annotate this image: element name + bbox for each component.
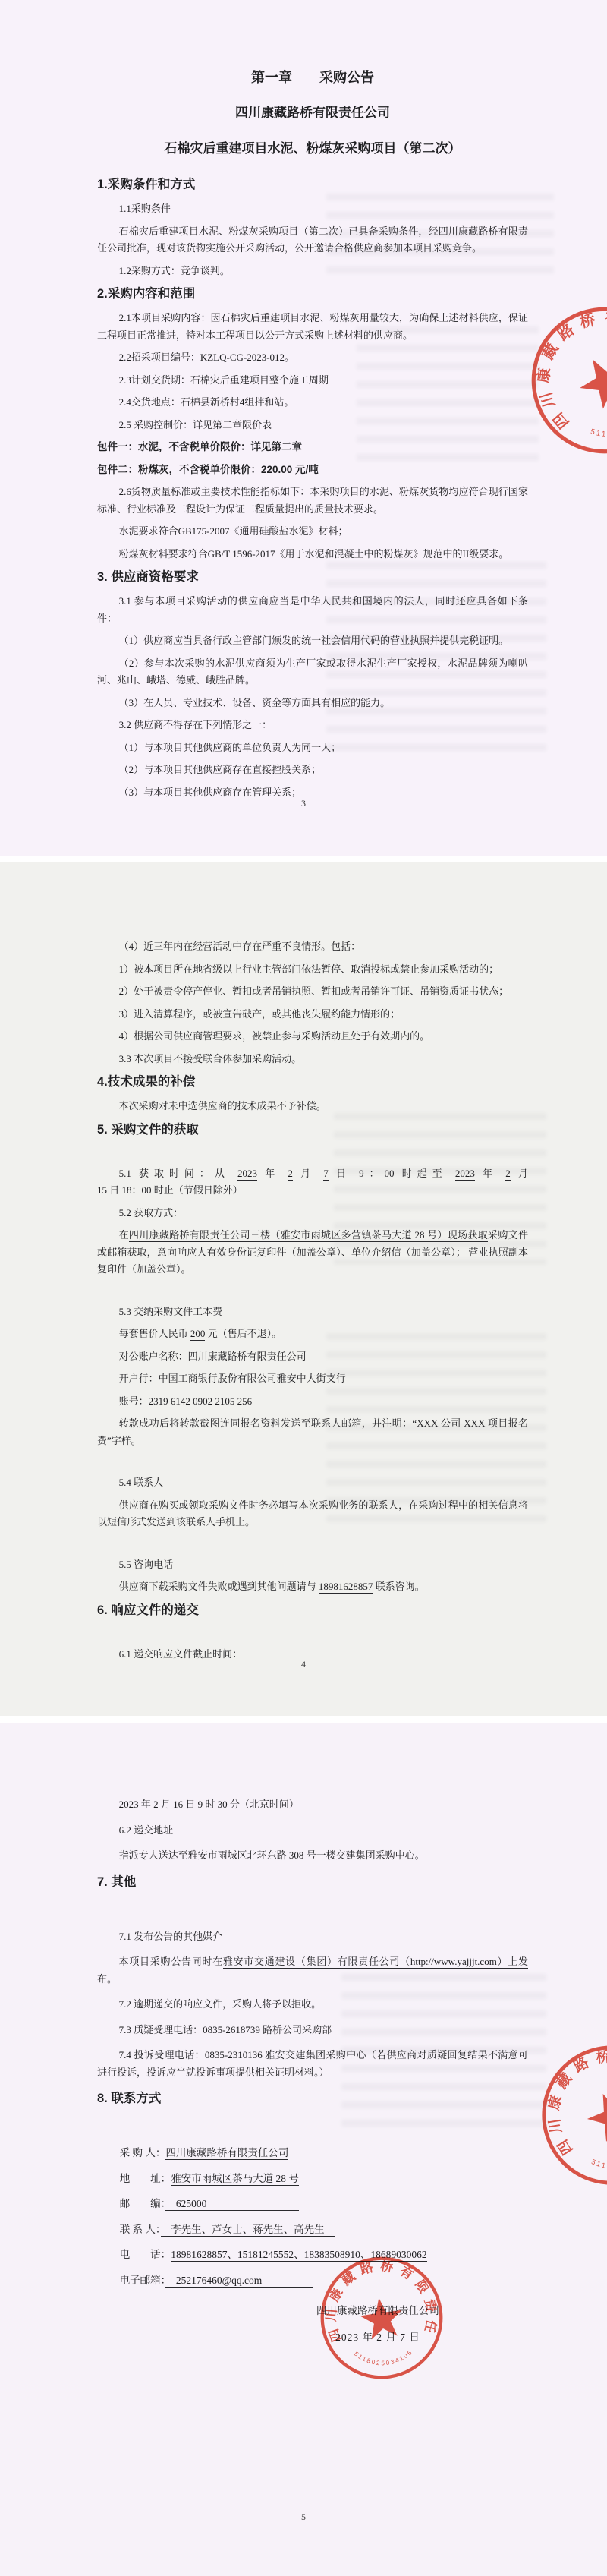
text-run: 5.1 获取时间：从 (119, 1168, 237, 1179)
text-run: 6.1 递交响应文件截止时间： (119, 1648, 243, 1660)
underlined-value: 四川康藏路桥有限责任公司三楼（雅安市雨城区多营镇茶马大道 28 号）现场获取 (129, 1229, 488, 1242)
line-pi: 1.2采购方式：竞争谈判。 (97, 263, 528, 280)
text-run: 月 (159, 1799, 174, 1810)
text-run: 邮 编： (120, 2198, 166, 2209)
signature-date: 2023 年 2 月 7 日 (290, 2328, 466, 2344)
page-2-body: （4）近三年内在经营活动中存在严重不良情形。包括：1）被本项目所在地省级以上行业… (0, 862, 607, 1663)
heading-1: 1.采购条件和方式 (97, 175, 528, 194)
line-spacer (97, 1146, 528, 1165)
seal-number-text: 5118025034105 (352, 2342, 416, 2371)
underlined-value: 四川康藏路桥有限责任公司 (165, 2147, 288, 2160)
line-pi: 2.5 采购控制价：详见第二章限价表 (97, 417, 528, 434)
text-run: 时 (203, 1799, 218, 1810)
text-run: 7.4 投诉受理电话：0835-2310136 雅安交建集团采购中心（若供应商对… (97, 2049, 528, 2078)
text-run: （3）在人员、专业技术、设备、资金等方面具有相应的能力。 (119, 697, 391, 708)
text-run: 石棉灾后重建项目水泥、粉煤灰采购项目（第二次） (165, 141, 461, 156)
bank-line: 开户行：中国工商银行股份有限公司雅安中大街支行 (97, 1370, 528, 1388)
text-run: 分（北京时间） (228, 1799, 299, 1810)
text-run: 3.1 参与本项目采购活动的供应商应当是中华人民共和国境内的法人，同时还应具备如… (97, 595, 528, 624)
underlined-value: 2023 (119, 1799, 139, 1811)
text-run: 5.2 获取方式： (119, 1207, 184, 1219)
obtain-method-paragraph: 在四川康藏路桥有限责任公司三楼（雅安市雨城区多营镇茶马大道 28 号）现场获取采… (97, 1227, 528, 1279)
text-run: 电子邮箱： (120, 2275, 166, 2286)
text-run: 1.采购条件和方式 (97, 178, 195, 191)
underlined-value: 18981628857 (319, 1581, 373, 1594)
text-run: 日 (183, 1799, 198, 1810)
text-run: 粉煤灰材料要求符合GB/T 1596-2017《用于水泥和混凝土中的粉煤灰》规范… (119, 548, 509, 560)
line-pi: 6.2 递交地址 (97, 1822, 528, 1840)
text-run: （1）与本项目其他供应商的单位负责人为同一人； (119, 742, 341, 753)
line-spacer (97, 1900, 528, 1920)
underlined-value: 30 (218, 1799, 228, 1811)
text-run: 本次采购对未中选供应商的技术成果不予补偿。 (119, 1100, 326, 1111)
email-line: 电子邮箱： 252176460@qq.com (97, 2272, 528, 2290)
page-number: 5 (0, 2511, 607, 2523)
line-pi: 4）根据公司供应商管理要求，被禁止参与采购活动且处于有效期内的。 (97, 1028, 528, 1045)
text-run: 2.3计划交货期：石棉灾后重建项目整个施工周期 (119, 374, 329, 386)
text-run: 联系咨询。 (373, 1581, 424, 1592)
text-run: 包件一：水泥，不含税单价限价：详见第二章 (97, 441, 302, 452)
line-pi: （1）与本项目其他供应商的单位负责人为同一人； (97, 739, 528, 757)
phone-line: 电 话：18981628857、15181245552、18383508910、… (97, 2247, 528, 2264)
text-run: 6.2 递交地址 (119, 1824, 174, 1836)
text-run: 元（售后不退）。 (205, 1328, 281, 1339)
line-p: 2.6货物质量标准或主要技术性能指标如下：本采购项目的水泥、粉煤灰货物均应符合现… (97, 484, 528, 518)
text-run: （2）与本项目其他供应商存在直接控股关系； (119, 764, 322, 775)
doc-chapter-title: 第一章 采购公告 (97, 68, 528, 87)
underlined-value: 雅安市雨城区茶马大道 28 号 (171, 2173, 299, 2186)
text-run: 本项目采购公告同时在 (119, 1956, 223, 1967)
page-2: （4）近三年内在经营活动中存在严重不良情形。包括：1）被本项目所在地省级以上行业… (0, 862, 607, 1716)
contacts-line: 联 系 人： 李先生、芦女士、蒋先生、高先生 (97, 2221, 528, 2239)
underlined-value: 2023 (237, 1168, 257, 1181)
text-run: 7.2 逾期递交的响应文件，采购人将予以拒收。 (119, 1998, 322, 2010)
delivery-address-line: 指派专人送达至雅安市雨城区北环东路 308 号一楼交建集团采购中心。 (97, 1847, 528, 1865)
complaint-phone-paragraph: 7.4 投诉受理电话：0835-2310136 雅安交建集团采购中心（若供应商对… (97, 2047, 528, 2081)
underlined-value: 625000 (165, 2198, 299, 2211)
line-pi: （3）在人员、专业技术、设备、资金等方面具有相应的能力。 (97, 695, 528, 712)
text-run: 5. 采购文件的获取 (97, 1123, 199, 1137)
heading-6: 6. 响应文件的递交 (97, 1601, 528, 1620)
line-pi: 本次采购对未中选供应商的技术成果不予补偿。 (97, 1098, 528, 1115)
line-p: 供应商在购买或领取采购文件时务必填写本次采购业务的联系人，在采购过程中的相关信息… (97, 1497, 528, 1531)
text-run: 3）进入清算程序，或被宣告破产，或其他丧失履约能力情形的； (119, 1008, 401, 1020)
text-run: 供应商在购买或领取采购文件时务必填写本次采购业务的联系人，在采购过程中的相关信息… (97, 1499, 528, 1528)
text-run: 月 (293, 1168, 323, 1179)
text-run: 2.5 采购控制价：详见第二章限价表 (119, 419, 272, 430)
document-fee-line: 每套售价人民币 200 元（售后不退）。 (97, 1326, 528, 1343)
text-run: 3. 供应商资格要求 (97, 570, 199, 584)
page-3-body: 2023 年 2 月 16 日 9 时 30 分（北京时间）6.2 递交地址指派… (0, 1723, 607, 2289)
text-run: 2.4交货地点：石棉县新桥村4组拌和站。 (119, 396, 294, 408)
text-run: 2.6货物质量标准或主要技术性能指标如下：本采购项目的水泥、粉煤灰货物均应符合现… (97, 486, 528, 515)
text-run: 4）根据公司供应商管理要求，被禁止参与采购活动且处于有效期内的。 (119, 1030, 430, 1042)
address-line: 地 址：雅安市雨城区茶马大道 28 号 (97, 2171, 528, 2188)
text-run: 3.3 本次项目不接受联合体参加采购活动。 (119, 1053, 302, 1064)
text-run: （4）近三年内在经营活动中存在严重不良情形。包括： (119, 941, 361, 952)
line-spacer (97, 2117, 528, 2136)
text-run: 8. 联系方式 (97, 2092, 161, 2105)
line-p: 石棉灾后重建项目水泥、粉煤灰采购项目（第二次）已具备采购条件，经四川康藏路桥有限… (97, 223, 528, 257)
line-pi: 2.2招采项目编号：KZLQ-CG-2023-012。 (97, 349, 528, 367)
text-run: 2）处于被责令停产停业、暂扣或者吊销执照、暂扣或者吊销许可证、吊销资质证书状态； (119, 985, 509, 997)
text-run: 7.1 发布公告的其他媒介 (119, 1931, 223, 1942)
text-run: 采 购 人： (120, 2147, 166, 2158)
text-run: 5.3 交纳采购文件工本费 (119, 1306, 223, 1317)
deadline-line: 2023 年 2 月 16 日 9 时 30 分（北京时间） (97, 1796, 528, 1814)
text-run: 联 系 人： (120, 2224, 161, 2235)
text-run: 日 9：00 时起至 (329, 1168, 455, 1179)
text-run: 2.2招采项目编号：KZLQ-CG-2023-012。 (119, 352, 294, 363)
text-run: 石棉灾后重建项目水泥、粉煤灰采购项目（第二次）已具备采购条件，经四川康藏路桥有限… (97, 225, 528, 254)
underlined-value: 15 (97, 1184, 107, 1197)
page-1-body: 第一章 采购公告四川康藏路桥有限责任公司石棉灾后重建项目水泥、粉煤灰采购项目（第… (0, 0, 607, 801)
line-pi: 3.2 供应商不得存在下列情形之一： (97, 717, 528, 734)
underlined-value: 252176460@qq.com (165, 2275, 313, 2288)
text-run: 6. 响应文件的递交 (97, 1603, 199, 1617)
text-run: （1）供应商应当具备行政主管部门颁发的统一社会信用代码的营业执照并提供完税证明。 (119, 635, 509, 646)
account-number-line: 账号：2319 6142 0902 2105 256 (97, 1393, 528, 1411)
line-spacer (97, 1284, 528, 1304)
underlined-value: 李先生、芦女士、蒋先生、高先生 (161, 2224, 335, 2237)
heading-3: 3. 供应商资格要求 (97, 568, 528, 587)
text-run: 3.2 供应商不得存在下列情形之一： (119, 719, 272, 730)
text-run: 7. 其他 (97, 1875, 136, 1889)
heading-7: 7. 其他 (97, 1873, 528, 1892)
text-run: 对公账户名称：四川康藏路桥有限责任公司 (119, 1351, 307, 1362)
line-pi: 5.5 咨询电话 (97, 1556, 528, 1574)
line-pi: 1）被本项目所在地省级以上行业主管部门依法暂停、取消投标或禁止参加采购活动的； (97, 961, 528, 979)
text-run: 供应商下载采购文件失败或遇到其他问题请与 (119, 1581, 319, 1592)
svg-text:5118025034105: 5118025034105 (352, 2342, 416, 2371)
page-3: 2023 年 2 月 16 日 9 时 30 分（北京时间）6.2 递交地址指派… (0, 1723, 607, 2576)
company-title: 四川康藏路桥有限责任公司 (97, 104, 528, 121)
text-run: 在 (119, 1229, 129, 1241)
text-run: 每套售价人民币 (119, 1328, 190, 1339)
text-run: 日 18：00 时止（节假日除外） (107, 1184, 243, 1196)
line-pi: 水泥要求符合GB175-2007《通用硅酸盐水泥》材料； (97, 523, 528, 541)
underlined-value: 16 (173, 1799, 183, 1811)
heading-8: 8. 联系方式 (97, 2089, 528, 2108)
line-pi: 7.1 发布公告的其他媒介 (97, 1928, 528, 1946)
text-run: 账号：2319 6142 0902 2105 256 (119, 1395, 253, 1407)
line-spacer (97, 1626, 528, 1646)
obtain-time-line: 5.1 获取时间：从 2023 年 2 月 7 日 9：00 时起至 2023 … (97, 1165, 528, 1200)
text-run: 2.1本项目采购内容：因石棉灾后重建项目水泥、粉煤灰用量较大，为确保上述材料供应… (97, 312, 528, 341)
consult-phone-line: 供应商下载采购文件失败或遇到其他问题请与 18981628857 联系咨询。 (97, 1578, 528, 1596)
page-gap (0, 1716, 607, 1723)
underlined-value: 雅安市雨城区北环东路 308 号一楼交建集团采购中心。 (188, 1849, 430, 1862)
text-run: 包件二：粉煤灰，不含税单价限价：220.00 元/吨 (97, 464, 319, 475)
account-name-line: 对公账户名称：四川康藏路桥有限责任公司 (97, 1348, 528, 1366)
package-1-line: 包件一：水泥，不含税单价限价：详见第二章 (97, 439, 528, 456)
line-pi: 3）进入清算程序，或被宣告破产，或其他丧失履约能力情形的； (97, 1006, 528, 1023)
heading-5: 5. 采购文件的获取 (97, 1121, 528, 1140)
text-run: 5.5 咨询电话 (119, 1559, 174, 1570)
text-run: 1.2采购方式：竞争谈判。 (119, 265, 230, 276)
project-title: 石棉灾后重建项目水泥、粉煤灰采购项目（第二次） (97, 140, 528, 157)
page-number: 4 (0, 1659, 607, 1670)
text-run: 4.技术成果的补偿 (97, 1075, 195, 1089)
inquiry-phone-line: 7.3 质疑受理电话：0835-2618739 路桥公司采购部 (97, 2022, 528, 2039)
line-spacer (97, 1537, 528, 1556)
line-pi: 2.4交货地点：石棉县新桥村4组拌和站。 (97, 394, 528, 411)
package-2-line: 包件二：粉煤灰，不含税单价限价：220.00 元/吨 (97, 462, 528, 479)
text-run: 转款成功后将转款截图连同报名资料发送至联系人邮箱，并注明：“XXX 公司 XXX… (97, 1417, 528, 1446)
purchaser-line: 采 购 人：四川康藏路桥有限责任公司 (97, 2145, 528, 2162)
text-run: 地 址： (120, 2173, 171, 2184)
text-run: 2.采购内容和范围 (97, 287, 195, 301)
publish-media-paragraph: 本项目采购公告同时在雅安市交通建设（集团）有限责任公司（http://www.y… (97, 1953, 528, 1988)
line-pi: （4）近三年内在经营活动中存在严重不良情形。包括： (97, 938, 528, 956)
text-run: 7.3 质疑受理电话：0835-2618739 路桥公司采购部 (119, 2024, 332, 2035)
text-run: 四川康藏路桥有限责任公司 (235, 106, 390, 120)
underlined-value: 200 (190, 1328, 206, 1341)
line-pi: 3.3 本次项目不接受联合体参加采购活动。 (97, 1051, 528, 1068)
line-p: 转款成功后将转款截图连同报名资料发送至联系人邮箱，并注明：“XXX 公司 XXX… (97, 1415, 528, 1449)
text-run: 1.1采购条件 (119, 203, 171, 214)
heading-2: 2.采购内容和范围 (97, 285, 528, 304)
page-1: 第一章 采购公告四川康藏路桥有限责任公司石棉灾后重建项目水泥、粉煤灰采购项目（第… (0, 0, 607, 856)
line-pi: 2）处于被责令停产停业、暂扣或者吊销执照、暂扣或者吊销许可证、吊销资质证书状态； (97, 983, 528, 1001)
line-pi: 5.3 交纳采购文件工本费 (97, 1304, 528, 1321)
line-p: （2）参与本次采购的水泥供应商须为生产厂家或取得水泥生产厂家授权，水泥品牌须为喇… (97, 655, 528, 689)
text-run: 第一章 采购公告 (251, 70, 374, 85)
line-pi: 1.1采购条件 (97, 200, 528, 218)
text-run: 5.4 联系人 (119, 1477, 164, 1488)
line-p: 2.1本项目采购内容：因石棉灾后重建项目水泥、粉煤灰用量较大，为确保上述材料供应… (97, 310, 528, 344)
line-pi: 7.2 逾期递交的响应文件，采购人将予以拒收。 (97, 1996, 528, 2013)
signature-company: 四川康藏路桥有限责任公司 (290, 2302, 466, 2317)
text-run: 年 (139, 1799, 154, 1810)
text-run: （3）与本项目其他供应商存在管理关系； (119, 787, 302, 798)
line-pi: 2.3计划交货期：石棉灾后重建项目整个施工周期 (97, 372, 528, 389)
line-spacer (97, 1455, 528, 1474)
text-run: （2）参与本次采购的水泥供应商须为生产厂家或取得水泥生产厂家授权，水泥品牌须为喇… (97, 657, 528, 686)
text-run: 年 (257, 1168, 288, 1179)
page-gap (0, 856, 607, 862)
postcode-line: 邮 编： 625000 (97, 2196, 528, 2213)
text-run: 开户行：中国工商银行股份有限公司雅安中大街支行 (119, 1373, 346, 1384)
underlined-value: 18981628857、15181245552、18383508910、1868… (171, 2249, 427, 2262)
text-run: 电 话： (120, 2249, 171, 2260)
line-pi: 5.4 联系人 (97, 1474, 528, 1492)
line-pi: 粉煤灰材料要求符合GB/T 1596-2017《用于水泥和混凝土中的粉煤灰》规范… (97, 546, 528, 563)
line-pi: 3.1 参与本项目采购活动的供应商应当是中华人民共和国境内的法人，同时还应具备如… (97, 593, 528, 627)
text-run: 1）被本项目所在地省级以上行业主管部门依法暂停、取消投标或禁止参加采购活动的； (119, 963, 499, 975)
line-pi: （1）供应商应当具备行政主管部门颁发的统一社会信用代码的营业执照并提供完税证明。 (97, 632, 528, 650)
heading-4: 4.技术成果的补偿 (97, 1073, 528, 1092)
signature-block: 四川康藏路桥有限责任公司 2023 年 2 月 7 日 (290, 2302, 466, 2344)
page-number: 3 (0, 798, 607, 809)
text-run: 水泥要求符合GB175-2007《通用硅酸盐水泥》材料； (119, 525, 348, 537)
text-run: 指派专人送达至 (119, 1849, 188, 1861)
underlined-value: 2023 (455, 1168, 475, 1181)
line-pi: 5.2 获取方式： (97, 1205, 528, 1222)
line-pi: （2）与本项目其他供应商存在直接控股关系； (97, 761, 528, 779)
text-run: 年 (475, 1168, 505, 1179)
text-run: 布。 (97, 1973, 117, 1985)
text-run: 月 (511, 1168, 530, 1179)
underlined-value: 雅安市交通建设（集团）有限责任公司（http://www.yajjjt.com）… (223, 1956, 528, 1969)
